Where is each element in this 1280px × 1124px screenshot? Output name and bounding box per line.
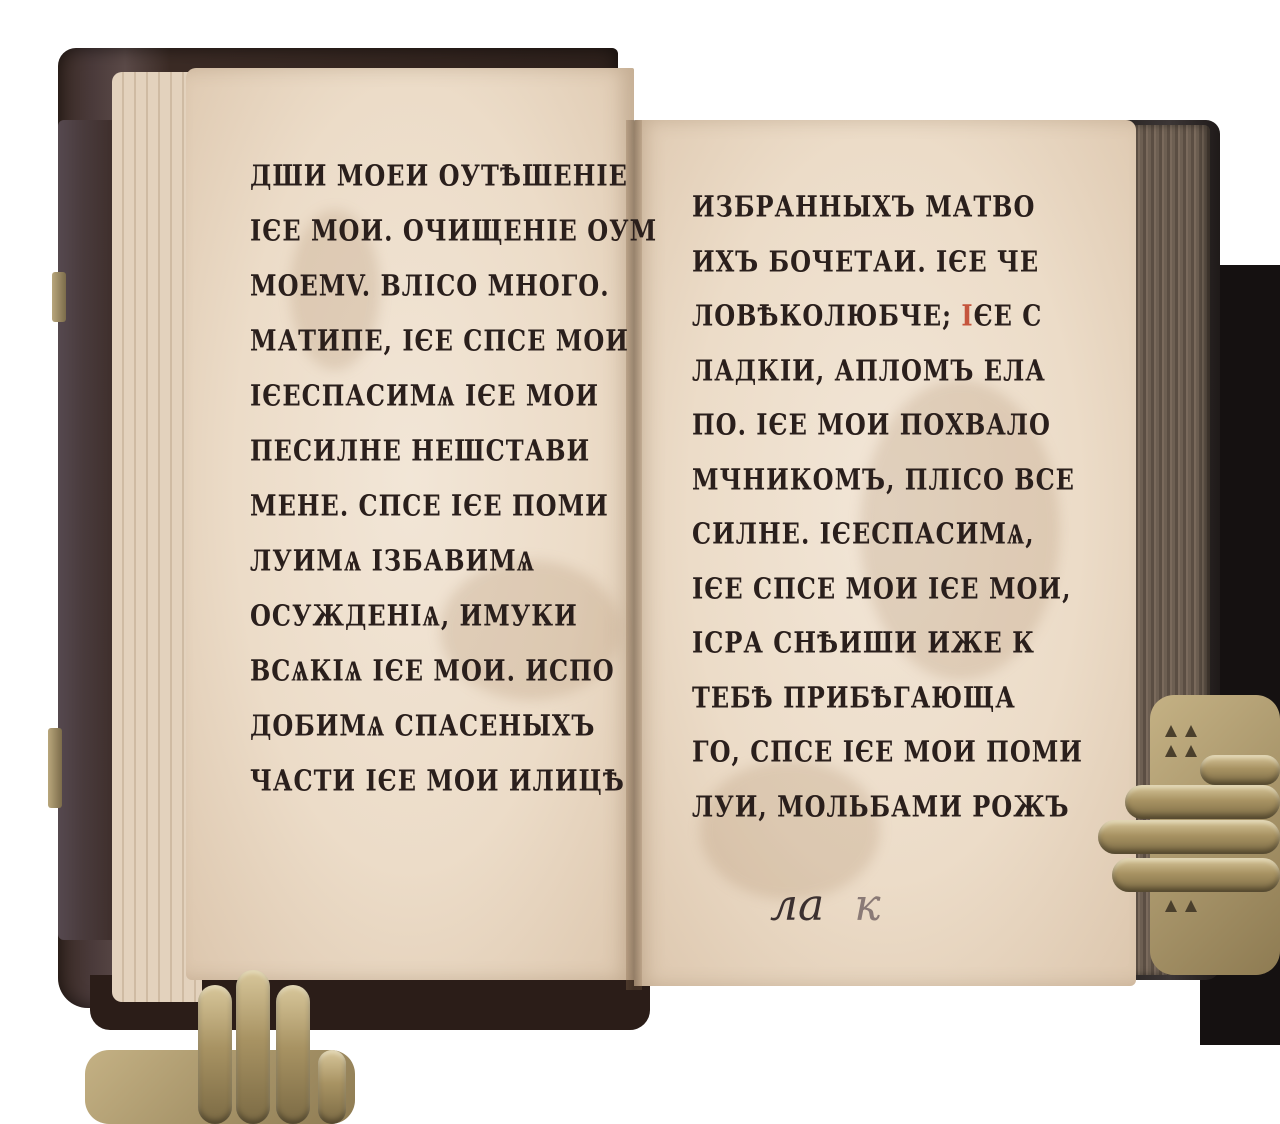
brass-hand-finger (1098, 820, 1280, 854)
brass-hand-thumb (318, 1050, 346, 1124)
clasp-hinge-upper (52, 272, 66, 322)
clasp-ornament (1165, 900, 1177, 912)
text-line: ЛУИ, МОЛЬБАМИ РОЖЪ (692, 774, 1092, 839)
brass-hand-finger (1112, 858, 1280, 892)
folio-number-ink: ла (770, 880, 824, 931)
text-line-tail: ЄЕ С (974, 298, 1043, 333)
text-line: ЧАСТИ ІЄЕ МОИ ИЛИЦѢ (250, 748, 630, 814)
clasp-ornament (1185, 900, 1197, 912)
left-page-text: ДШИ МОЕИ ОУТѢШЕНІЕ ІЄЕ МОИ. ОЧИЩЕНІЕ ОУМ… (250, 148, 630, 808)
brass-hand-finger (198, 985, 232, 1124)
clasp-ornament (1185, 725, 1197, 737)
rubric-initial: І (961, 298, 973, 333)
clasp-ornament (1185, 745, 1197, 757)
clasp-hinge-lower (48, 728, 62, 808)
manuscript-photo: ДШИ МОЕИ ОУТѢШЕНІЕ ІЄЕ МОИ. ОЧИЩЕНІЕ ОУМ… (0, 0, 1280, 1124)
clasp-ornament (1165, 745, 1177, 757)
brass-hand-finger (276, 985, 310, 1124)
folio-number-pencil: к (854, 880, 880, 931)
text-line: ЛОВѢКОЛЮБЧЕ; (692, 298, 961, 333)
folio-number: лак (770, 880, 881, 931)
worn-leather-spine-edge (58, 120, 118, 940)
clasp-ornament (1165, 725, 1177, 737)
brass-hand-thumb (1200, 755, 1280, 785)
brass-hand-finger (236, 970, 270, 1124)
brass-hand-finger (1125, 785, 1280, 819)
right-page-text: ИЗБРАННЫХЪ МАТВО ИХЪ БОЧЕТАИ. ІЄЕ ЧЕ ЛОВ… (692, 180, 1092, 834)
